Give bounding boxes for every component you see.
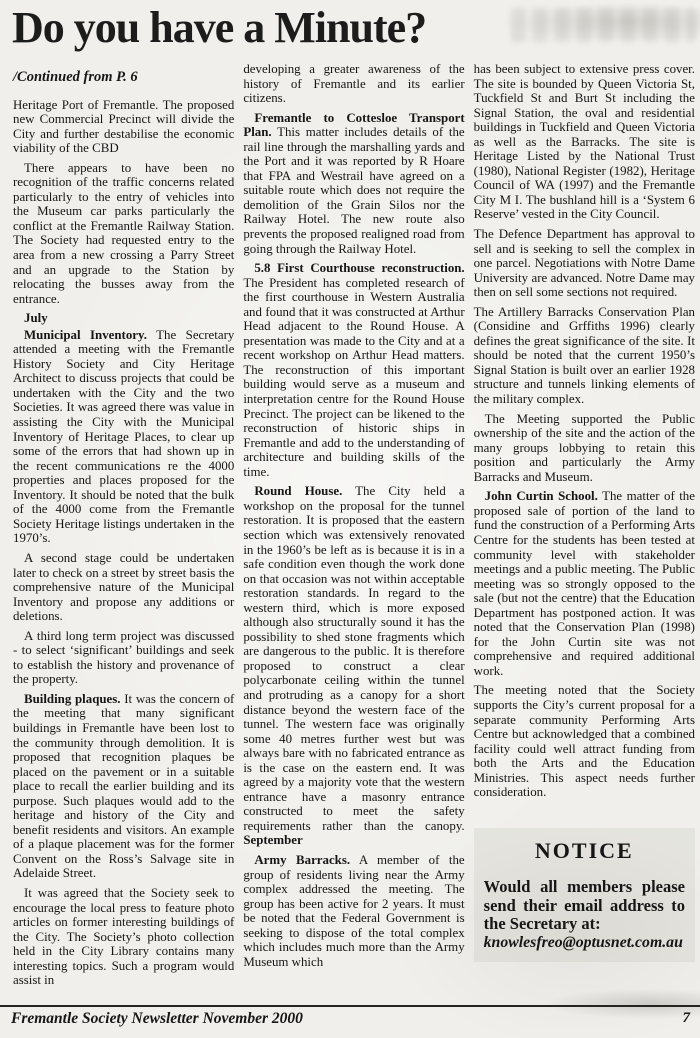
paragraph-text: It was the concern of the meeting that m… (13, 692, 234, 881)
notice-title: NOTICE (484, 844, 685, 859)
paragraph: The meeting noted that the Society suppo… (474, 683, 695, 799)
paragraph: Round House. The City held a workshop on… (243, 484, 464, 848)
paragraph: 5.8 First Courthouse reconstruction. The… (243, 261, 464, 479)
paragraph-lead: John Curtin School. (485, 489, 598, 503)
footer-newsletter-name: Fremantle Society Newsletter November 20… (11, 1010, 303, 1028)
paragraph-lead: Army Barracks. (254, 853, 350, 867)
footer-page-number: 7 (683, 1010, 691, 1027)
paragraph: A second stage could be undertaken later… (13, 551, 234, 624)
paragraph: Municipal Inventory. The Secretary atten… (13, 328, 234, 546)
paragraph-lead: Municipal Inventory. (24, 328, 147, 342)
paragraph-text: The City held a workshop on the proposal… (243, 484, 464, 833)
month-heading-september: September (243, 833, 302, 847)
article-columns: /Continued from P. 6 Heritage Port of Fr… (0, 62, 700, 1006)
page-footer: Fremantle Society Newsletter November 20… (0, 1005, 700, 1036)
continued-from-note: /Continued from P. 6 (13, 70, 234, 85)
paragraph-lead: 5.8 First Courthouse reconstruction. (254, 261, 464, 275)
paragraph: Fremantle to Cottesloe Transport Plan. T… (243, 111, 464, 256)
paragraph: developing a greater awareness of the hi… (243, 62, 464, 106)
paragraph-text: There appears to have been no recognitio… (13, 161, 234, 306)
paragraph-lead: Building plaques. (24, 692, 121, 706)
paragraph-text: has been subject to extensive press cove… (474, 62, 695, 221)
paragraph: Army Barracks. A member of the group of … (243, 853, 464, 969)
paragraph: has been subject to extensive press cove… (474, 62, 695, 222)
paragraph-text: The Secretary attended a meeting with th… (13, 328, 234, 546)
paragraph-text: developing a greater awareness of the hi… (243, 62, 464, 105)
paragraph-text: A third long term project was discussed … (13, 629, 234, 687)
paragraph-text: The meeting noted that the Society suppo… (474, 683, 695, 799)
column-middle: developing a greater awareness of the hi… (243, 62, 464, 974)
paragraph: Building plaques. It was the concern of … (13, 692, 234, 881)
paragraph-text: This matter includes details of the rail… (243, 125, 464, 255)
paragraph: There appears to have been no recognitio… (13, 161, 234, 306)
month-heading-july: July (13, 311, 234, 326)
paragraph: A third long term project was discussed … (13, 629, 234, 687)
newsletter-page: Do you have a Minute? /Continued from P.… (0, 0, 700, 1038)
paragraph: The Meeting supported the Public ownersh… (474, 412, 695, 485)
paragraph-text: Heritage Port of Fremantle. The proposed… (13, 98, 234, 156)
paragraph: It was agreed that the Society seek to e… (13, 886, 234, 988)
paragraph-text: The matter of the proposed sale of porti… (474, 489, 695, 678)
paragraph-text: It was agreed that the Society seek to e… (13, 886, 234, 987)
paragraph-lead: Round House. (254, 484, 342, 498)
paragraph-text: The Meeting supported the Public ownersh… (474, 412, 695, 484)
notice-box: NOTICE Would all members please send the… (474, 828, 695, 963)
column-right: has been subject to extensive press cove… (474, 62, 695, 962)
paragraph: John Curtin School. The matter of the pr… (474, 489, 695, 678)
paragraph: Heritage Port of Fremantle. The proposed… (13, 98, 234, 156)
notice-email-address: knowlesfreo@optusnet.com.au (484, 936, 685, 951)
paragraph: The Artillery Barracks Conservation Plan… (474, 305, 695, 407)
column-left: /Continued from P. 6 Heritage Port of Fr… (13, 62, 234, 993)
paragraph-text: The Artillery Barracks Conservation Plan… (474, 305, 695, 406)
paragraph-text: The President has completed research of … (243, 276, 464, 479)
paragraph: The Defence Department has approval to s… (474, 227, 695, 300)
ink-bleedthrough-artifact (511, 8, 696, 42)
notice-body: Would all members please send their emai… (484, 878, 685, 934)
paragraph-text: A second stage could be undertaken later… (13, 551, 234, 623)
paragraph-text: The Defence Department has approval to s… (474, 227, 695, 299)
paragraph-text: A member of the group of residents livin… (243, 853, 464, 969)
